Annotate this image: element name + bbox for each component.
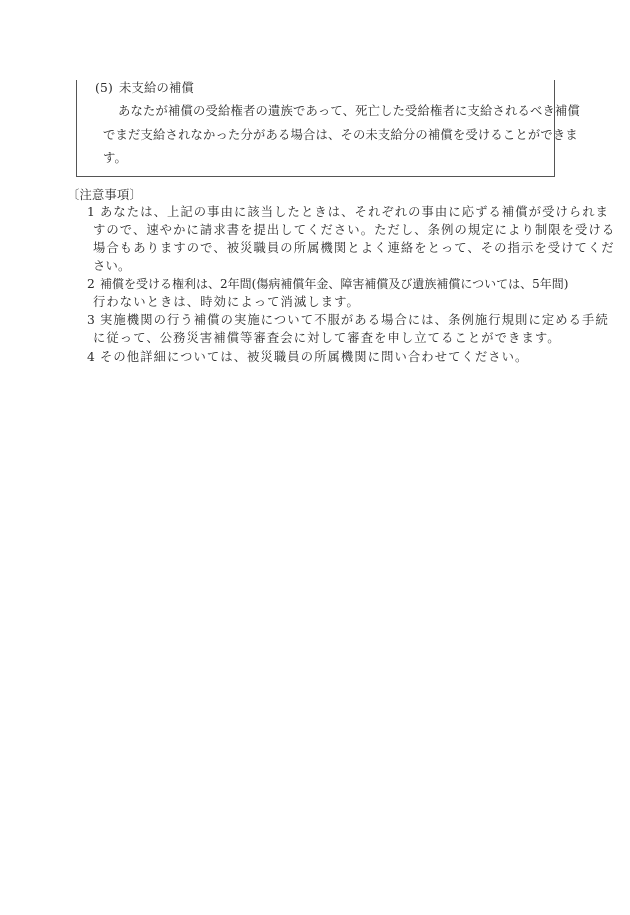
section-body-line: す。 <box>103 151 127 165</box>
note-number: 2 <box>87 277 95 291</box>
note-line: 行わないときは、時効によって消滅します。 <box>93 295 360 309</box>
note-line: に従って、公務災害補償等審査会に対して審査を申し立てることができます。 <box>93 331 561 345</box>
note-line: すので、速やかに請求書を提出してください。ただし、条例の規定により制限を受ける <box>93 223 615 237</box>
note-number: 3 <box>87 313 95 327</box>
section-number: (5) <box>95 81 119 95</box>
note-line: 場合もありますので、被災職員の所属機関とよく連絡をとって、その指示を受けてくだ <box>93 241 615 255</box>
note-line: さい。 <box>93 259 131 273</box>
note-number: 1 <box>87 205 95 219</box>
section-body-line: でまだ支給されなかった分がある場合は、その未支給分の補償を受けることができま <box>103 128 578 142</box>
note-line: その他詳細については、被災職員の所属機関に問い合わせてください。 <box>100 350 528 364</box>
section-heading: (5)未支給の補償 <box>95 81 194 95</box>
section-title: 未支給の補償 <box>119 81 194 95</box>
note-number: 4 <box>87 350 95 364</box>
notes-title: 〔注意事項〕 <box>67 188 142 202</box>
section-body-line: あなたが補償の受給権者の遺族であって、死亡した受給権者に支給されるべき補償 <box>118 104 580 118</box>
note-line: 補償を受ける権利は、2年間(傷病補償年金、障害補償及び遺族補償については、5年間… <box>100 277 568 291</box>
note-line: あなたは、上記の事由に該当したときは、それぞれの事由に応ずる補償が受けられま <box>100 205 609 219</box>
note-line: 実施機関の行う補償の実施について不服がある場合には、条例施行規則に定める手続 <box>100 313 609 327</box>
